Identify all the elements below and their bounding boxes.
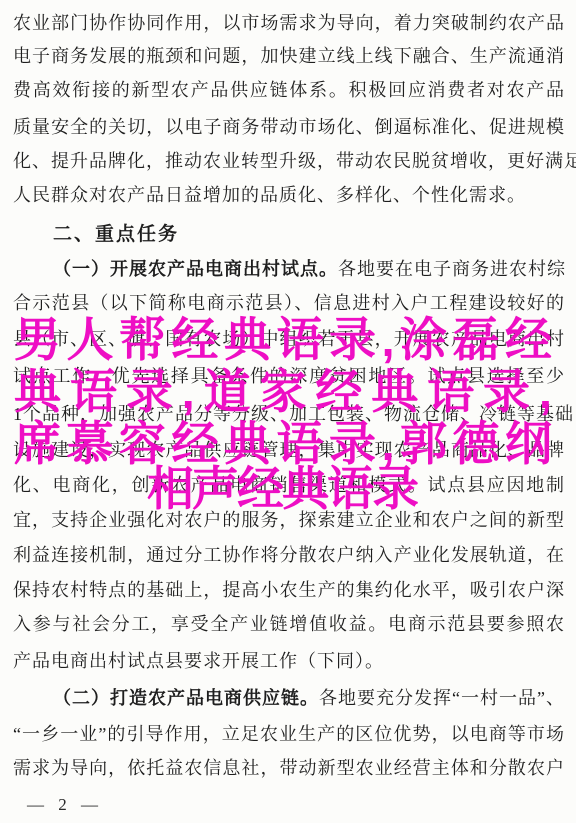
- page-number: — 2 —: [27, 795, 103, 815]
- line-text: 人民群众对农产品日益增加的品质化、多样化、个性化需求。: [13, 185, 526, 205]
- body-text-line: 费高效衔接的新型农产品供应链体系。积极回应消费者对农产品: [13, 80, 565, 102]
- line-text: 需求为导向，依托益农信息社，带动新型农业经营主体和分散农户: [13, 758, 565, 778]
- body-text-line: 电子商务发展的瓶颈和问题，加快建立线上线下融合、生产流通消: [13, 46, 565, 68]
- line-text: 合示范县（以下简称电商示范县）、信息进村入户工程建设较好的: [13, 293, 565, 313]
- body-text-line: “一乡一业”的引导作用，立足农业生产的区位优势，以电商等市场: [13, 724, 565, 746]
- line-text: 费高效衔接的新型农产品供应链体系。积极回应消费者对农产品: [13, 80, 565, 100]
- body-text-line: 利益连接机制，通过分工协作将分散农户纳入产业化发展轨道，在: [13, 545, 565, 567]
- body-text-line: 农业部门协作协同作用，以市场需求为导向，着力突破制约农产品: [13, 13, 565, 35]
- body-text-line: （一）开展农产品电商出村试点。各地要在电子商务进农村综: [13, 259, 565, 281]
- body-text-line: 保持农村特点的基础上，提高小农生产的集约化水平，吸引农户深: [13, 580, 565, 602]
- line-text: 质量安全的关切，以电子商务带动市场化、倒逼标准化、促进规模: [13, 117, 565, 137]
- line-text: 各地要充分发挥“一村一品”、: [319, 688, 565, 708]
- line-text: 各地要在电子商务进农村综: [338, 259, 566, 279]
- body-text-line: 产品电商出村试点县要求开展工作（下同）。: [13, 651, 565, 673]
- paragraph-lead: （一）开展农产品电商出村试点。: [53, 259, 338, 279]
- line-text: 电子商务发展的瓶颈和问题，加快建立线上线下融合、生产流通消: [13, 46, 565, 66]
- watermark-line: 典语录,道家经典语录,: [14, 367, 550, 419]
- body-text-line: 人民群众对农产品日益增加的品质化、多样化、个性化需求。: [13, 185, 565, 207]
- body-text-line: 化、提升品牌化，推动农业转型升级，带动农民脱贫增收，更好满足: [13, 151, 565, 173]
- line-text: 利益连接机制，通过分工协作将分散农户纳入产业化发展轨道，在: [13, 545, 565, 565]
- line-text: 化、提升品牌化，推动农业转型升级，带动农民脱贫增收，更好满足: [13, 151, 576, 171]
- section-heading: 二、重点任务: [13, 224, 565, 246]
- body-text-line: 质量安全的关切，以电子商务带动市场化、倒逼标准化、促进规模: [13, 117, 565, 139]
- line-text: 入参与社会分工，享受全产业链增值收益。电商示范县要参照农: [13, 614, 565, 634]
- body-text-line: 入参与社会分工，享受全产业链增值收益。电商示范县要参照农: [13, 614, 565, 636]
- body-text-line: 需求为导向，依托益农信息社，带动新型农业经营主体和分散农户: [13, 758, 565, 780]
- watermark-line: 男人帮经典语录,涂磊经: [14, 315, 550, 367]
- line-text: 农业部门协作协同作用，以市场需求为导向，着力突破制约农产品: [13, 13, 565, 33]
- body-text-line: 合示范县（以下简称电商示范县）、信息进村入户工程建设较好的: [13, 293, 565, 315]
- line-text: 产品电商出村试点县要求开展工作（下同）。: [13, 651, 384, 671]
- section-heading-text: 二、重点任务: [53, 224, 179, 245]
- paragraph-lead: （二）打造农产品电商供应链。: [53, 688, 319, 708]
- scanned-document-page: 农业部门协作协同作用，以市场需求为导向，着力突破制约农产品 电子商务发展的瓶颈和…: [0, 0, 576, 823]
- watermark-line: 相声经典语录: [14, 464, 550, 516]
- line-text: “一乡一业”的引导作用，立足农业生产的区位优势，以电商等市场: [13, 724, 565, 744]
- line-text: 保持农村特点的基础上，提高小农生产的集约化水平，吸引农户深: [13, 580, 565, 600]
- body-text-line: （二）打造农产品电商供应链。各地要充分发挥“一村一品”、: [13, 688, 565, 710]
